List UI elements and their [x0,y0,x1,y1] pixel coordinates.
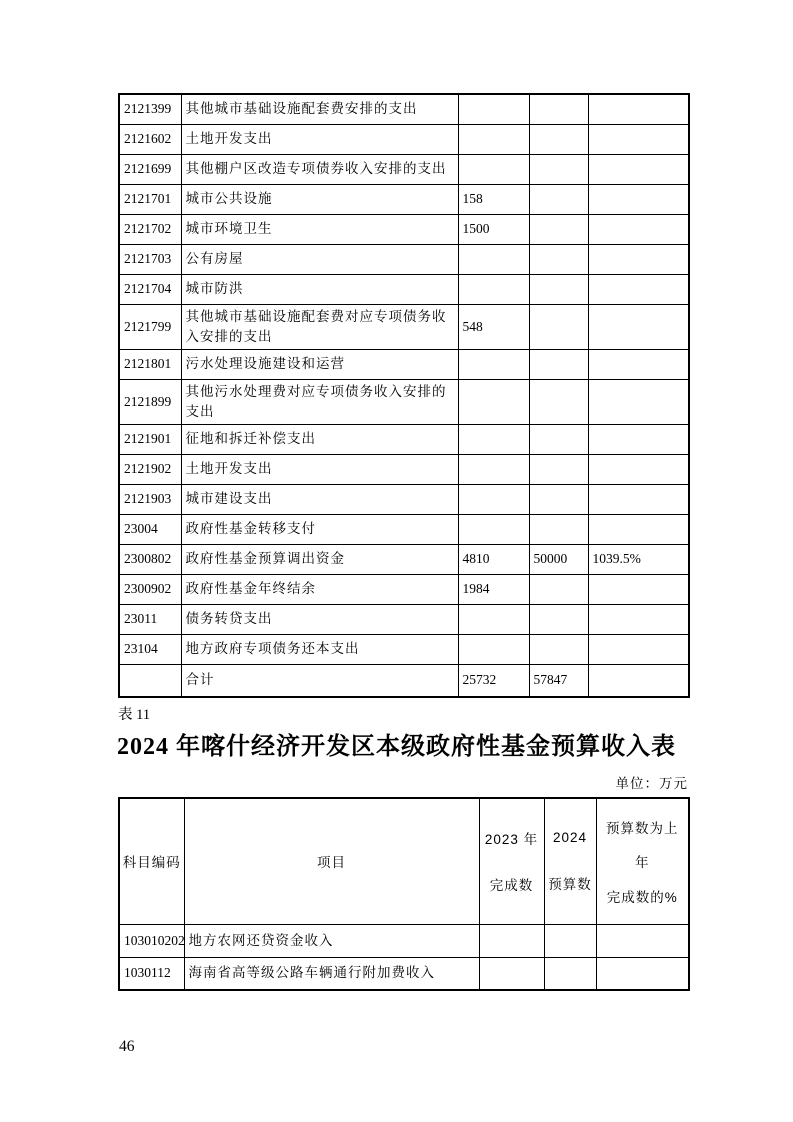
header-percent-line1: 预算数为上 [606,817,679,837]
value-2023-cell [458,424,529,454]
percent-cell [588,154,689,184]
value-2024-cell: 50000 [529,544,588,574]
value-2023-cell [458,604,529,634]
value-2024-cell [529,304,588,349]
subject-code-cell: 23011 [119,604,181,634]
table-label: 表 11 [118,703,150,724]
value-2023-cell [458,94,529,124]
value-2023-cell: 4810 [458,544,529,574]
value-2023-cell: 1984 [458,574,529,604]
item-name-cell: 其他城市基础设施配套费安排的支出 [181,94,458,124]
subject-code-cell: 2121699 [119,154,181,184]
item-name-cell: 其他城市基础设施配套费对应专项债务收入安排的支出 [181,304,458,349]
item-name-cell: 土地开发支出 [181,454,458,484]
subject-code-cell: 1030112 [119,957,184,990]
table-row: 2121799其他城市基础设施配套费对应专项债务收入安排的支出548 [119,304,689,349]
value-2024-cell: 57847 [529,664,588,697]
value-2023-cell [458,124,529,154]
table-row: 2300802政府性基金预算调出资金4810500001039.5% [119,544,689,574]
header-subject-code: 科目编码 [119,798,184,924]
header-2024-line2: 预算数 [548,873,592,893]
table-row: 2121901征地和拆迁补偿支出 [119,424,689,454]
item-name-cell: 地方农网还贷资金收入 [184,924,479,957]
percent-cell [588,304,689,349]
subject-code-cell: 103010202 [119,924,184,957]
item-name-cell: 其他棚户区改造专项债券收入安排的支出 [181,154,458,184]
subject-code-cell: 2121801 [119,349,181,379]
value-2023-cell [458,349,529,379]
value-2024-cell [529,514,588,544]
percent-cell [588,94,689,124]
table-row: 2121602土地开发支出 [119,124,689,154]
value-2023-cell [458,484,529,514]
percent-cell [596,924,689,957]
table-row: 2121703公有房屋 [119,244,689,274]
item-name-cell: 合计 [181,664,458,697]
table-row: 2121701城市公共设施158 [119,184,689,214]
value-2024-cell [529,184,588,214]
table-row: 23011债务转贷支出 [119,604,689,634]
subject-code-cell: 2121899 [119,379,181,424]
header-item: 项目 [184,798,479,924]
percent-cell [588,379,689,424]
percent-cell [588,244,689,274]
item-name-cell: 政府性基金预算调出资金 [181,544,458,574]
item-name-cell: 土地开发支出 [181,124,458,154]
value-2023-cell [458,634,529,664]
percent-cell: 1039.5% [588,544,689,574]
item-name-cell: 城市防洪 [181,274,458,304]
table-row: 合计2573257847 [119,664,689,697]
item-name-cell: 海南省高等级公路车辆通行附加费收入 [184,957,479,990]
table-row: 2121903城市建设支出 [119,484,689,514]
subject-code-cell: 23004 [119,514,181,544]
percent-cell [588,514,689,544]
value-2024-cell [529,154,588,184]
percent-cell [588,484,689,514]
item-name-cell: 公有房屋 [181,244,458,274]
table-row: 23104地方政府专项债务还本支出 [119,634,689,664]
item-name-cell: 征地和拆迁补偿支出 [181,424,458,454]
value-2024-cell [529,94,588,124]
header-percent: 预算数为上 年 完成数的% [596,798,689,924]
percent-cell [588,214,689,244]
value-2024-cell [529,379,588,424]
table-row: 2121399其他城市基础设施配套费安排的支出 [119,94,689,124]
percent-cell [588,664,689,697]
value-2024-cell [529,424,588,454]
value-2023-cell: 548 [458,304,529,349]
value-2023-cell [458,154,529,184]
header-percent-line3: 完成数的% [607,886,678,906]
value-2023-cell: 1500 [458,214,529,244]
value-2023-cell [458,274,529,304]
value-2024-cell [529,574,588,604]
percent-cell [588,274,689,304]
unit-note: 单位：万元 [616,772,689,792]
subject-code-cell: 2121901 [119,424,181,454]
value-2024-cell [529,454,588,484]
value-2023-cell [458,514,529,544]
value-2024-cell [529,604,588,634]
value-2023-cell [458,379,529,424]
revenue-table-header-row: 科目编码 项目 2023 年 完成数 2024 预算数 预算数为 [119,798,689,924]
value-2024-cell [544,957,596,990]
value-2024-cell [529,244,588,274]
header-percent-line2: 年 [635,851,650,871]
header-2023-completed: 2023 年 完成数 [479,798,544,924]
percent-cell [588,424,689,454]
subject-code-cell: 23104 [119,634,181,664]
subject-code-cell: 2121903 [119,484,181,514]
item-name-cell: 其他污水处理费对应专项债务收入安排的支出 [181,379,458,424]
item-name-cell: 城市公共设施 [181,184,458,214]
percent-cell [596,957,689,990]
header-2023-line1: 2023 年 [485,828,538,848]
subject-code-cell: 2121701 [119,184,181,214]
subject-code-cell: 2121602 [119,124,181,154]
document-page: 2121399其他城市基础设施配套费安排的支出2121602土地开发支出2121… [0,0,793,1122]
table-row: 2300902政府性基金年终结余1984 [119,574,689,604]
value-2024-cell [529,349,588,379]
subject-code-cell: 2121399 [119,94,181,124]
page-title: 2024 年喀什经济开发区本级政府性基金预算收入表 [0,726,793,761]
table-row: 2121702城市环境卫生1500 [119,214,689,244]
percent-cell [588,184,689,214]
value-2024-cell [544,924,596,957]
percent-cell [588,634,689,664]
subject-code-cell: 2121703 [119,244,181,274]
percent-cell [588,349,689,379]
table-row: 1030112海南省高等级公路车辆通行附加费收入 [119,957,689,990]
table-row: 103010202地方农网还贷资金收入 [119,924,689,957]
subject-code-cell: 2121902 [119,454,181,484]
subject-code-cell: 2121702 [119,214,181,244]
item-name-cell: 城市建设支出 [181,484,458,514]
subject-code-cell: 2300802 [119,544,181,574]
percent-cell [588,124,689,154]
value-2023-cell [479,957,544,990]
expenditure-table: 2121399其他城市基础设施配套费安排的支出2121602土地开发支出2121… [118,93,690,698]
value-2023-cell [458,454,529,484]
table-row: 23004政府性基金转移支付 [119,514,689,544]
table-row: 2121902土地开发支出 [119,454,689,484]
item-name-cell: 地方政府专项债务还本支出 [181,634,458,664]
table-row: 2121899其他污水处理费对应专项债务收入安排的支出 [119,379,689,424]
value-2023-cell [479,924,544,957]
value-2024-cell [529,634,588,664]
subject-code-cell: 2300902 [119,574,181,604]
value-2023-cell: 158 [458,184,529,214]
value-2024-cell [529,214,588,244]
percent-cell [588,604,689,634]
item-name-cell: 债务转贷支出 [181,604,458,634]
percent-cell [588,454,689,484]
subject-code-cell: 2121799 [119,304,181,349]
header-2024-budget: 2024 预算数 [544,798,596,924]
table-row: 2121699其他棚户区改造专项债券收入安排的支出 [119,154,689,184]
value-2023-cell: 25732 [458,664,529,697]
value-2023-cell [458,244,529,274]
value-2024-cell [529,274,588,304]
revenue-table: 科目编码 项目 2023 年 完成数 2024 预算数 预算数为 [118,797,690,991]
header-2024-line1: 2024 [553,830,587,845]
percent-cell [588,574,689,604]
subject-code-cell [119,664,181,697]
item-name-cell: 政府性基金年终结余 [181,574,458,604]
table-row: 2121801污水处理设施建设和运营 [119,349,689,379]
item-name-cell: 城市环境卫生 [181,214,458,244]
value-2024-cell [529,124,588,154]
subject-code-cell: 2121704 [119,274,181,304]
item-name-cell: 污水处理设施建设和运营 [181,349,458,379]
item-name-cell: 政府性基金转移支付 [181,514,458,544]
page-number: 46 [119,1038,135,1056]
header-2023-line2: 完成数 [490,874,534,894]
value-2024-cell [529,484,588,514]
table-row: 2121704城市防洪 [119,274,689,304]
